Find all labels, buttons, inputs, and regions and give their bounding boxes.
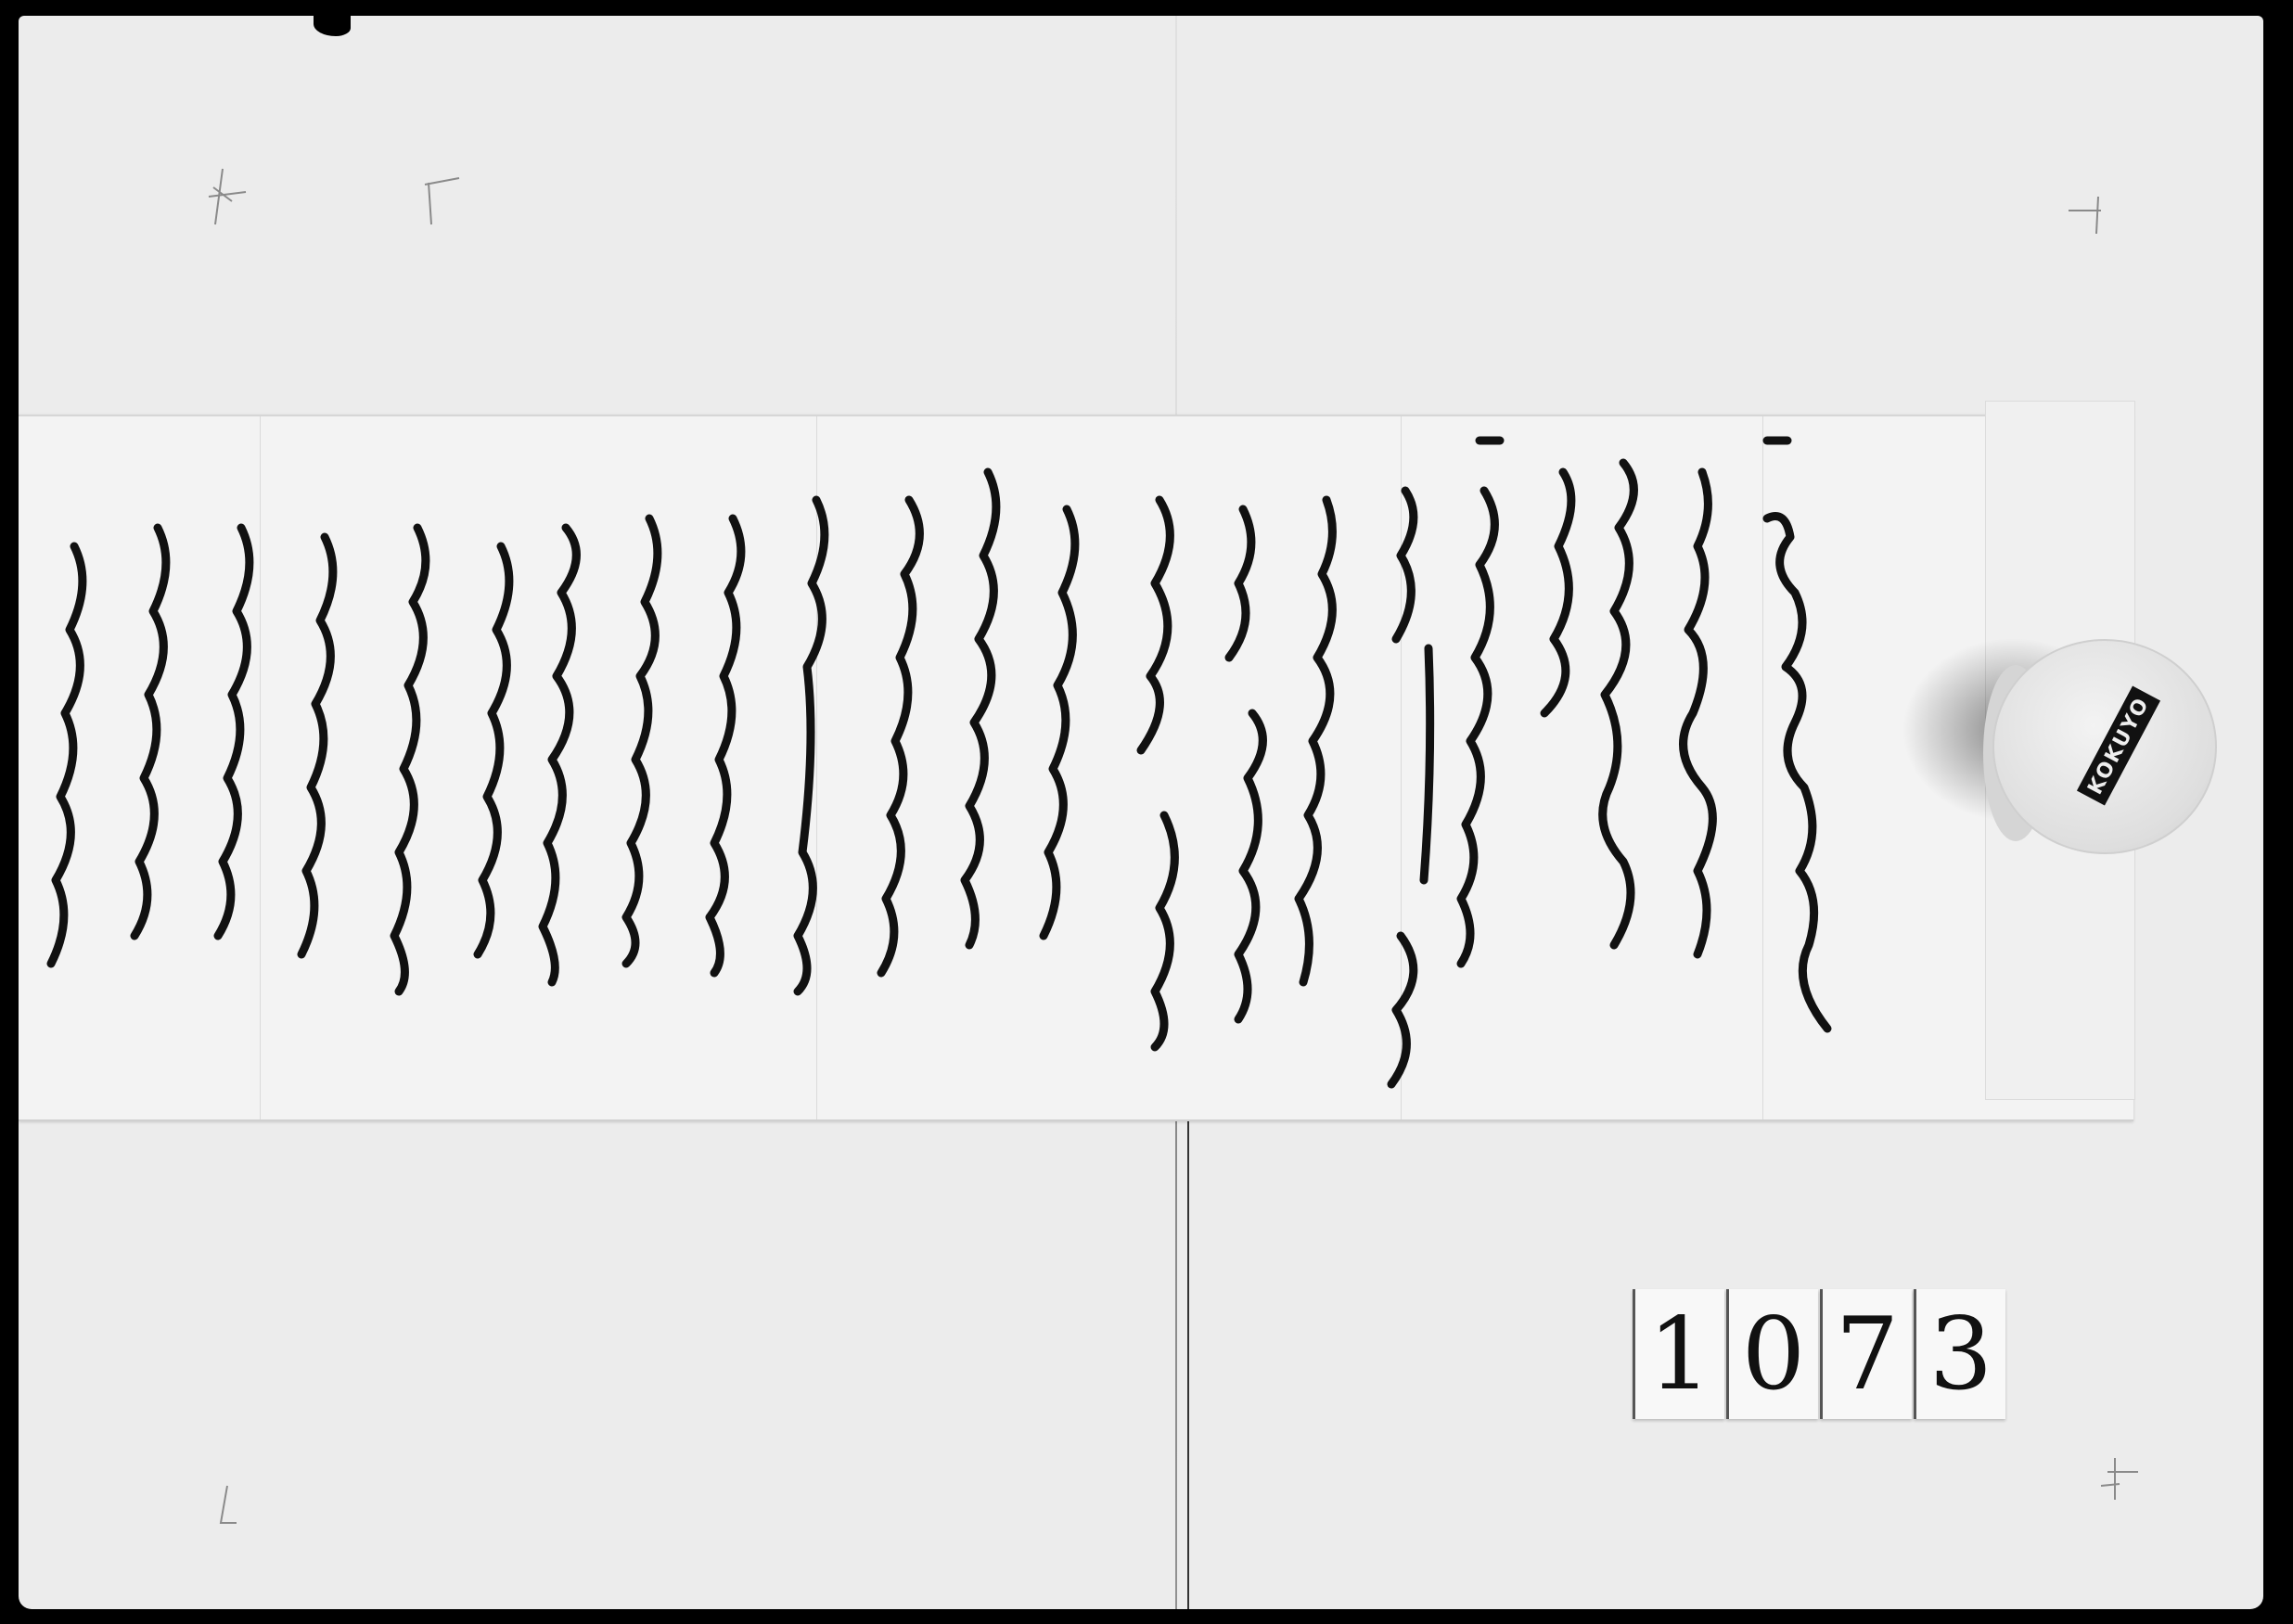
pencil-registration-mark-bottom-left <box>213 1481 241 1528</box>
catalog-digit: 0 <box>1726 1289 1818 1419</box>
backing-sheet: KOKUYO 1 0 7 3 <box>19 16 2263 1609</box>
pencil-registration-mark-bottom-right <box>2096 1453 2143 1509</box>
pencil-registration-mark-top-left <box>204 164 260 229</box>
catalog-number-placard: 1 0 7 3 <box>1633 1289 2007 1419</box>
document-strip <box>19 415 2133 1121</box>
pencil-registration-mark-top <box>417 164 464 229</box>
catalog-digit: 7 <box>1820 1289 1912 1419</box>
catalog-digit: 3 <box>1914 1289 2005 1419</box>
sheet-edge-notch <box>314 16 351 36</box>
catalog-digit: 1 <box>1633 1289 1724 1419</box>
lower-fold-line <box>1187 1119 1189 1609</box>
handwritten-text-columns <box>19 416 2133 1119</box>
pencil-registration-mark-top-right <box>2059 192 2115 248</box>
